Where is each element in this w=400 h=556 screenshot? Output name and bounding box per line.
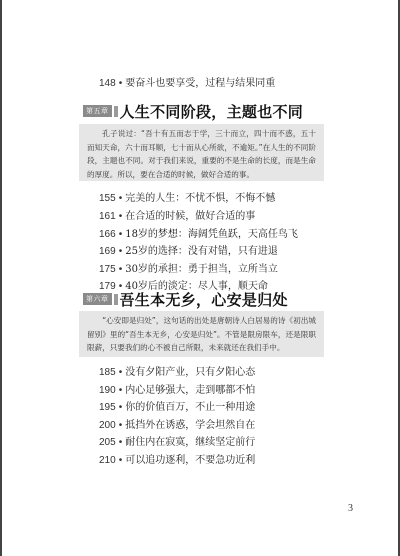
- toc-entry-title: 抵挡外在诱惑，学会坦然自在: [125, 420, 255, 431]
- bullet-icon: •: [119, 455, 123, 466]
- toc-page-number: 195: [99, 402, 116, 413]
- toc-page-number: 148: [99, 78, 116, 89]
- chapter-intro: “心安即是归处”，这句话的出处是唐朝诗人白居易的诗《初出城留别》里的“吾生本无乡…: [79, 311, 324, 357]
- bullet-icon: •: [119, 264, 123, 275]
- toc-page-number: 200: [99, 420, 116, 431]
- chapter-number-tag: 第五章: [83, 105, 112, 117]
- toc-entry-title: 没有夕阳产业，只有夕阳心态: [125, 367, 255, 378]
- toc-entry[interactable]: 205•耐住内在寂寞，继续坚定前行: [99, 436, 255, 450]
- toc-entry[interactable]: 175•30岁的承担：勇于担当，立所当立: [99, 263, 278, 277]
- toc-page-number: 169: [99, 246, 116, 257]
- bullet-icon: •: [119, 78, 123, 89]
- toc-page-number: 166: [99, 229, 116, 240]
- bullet-icon: •: [119, 246, 123, 257]
- toc-entry-title: 完美的人生：不忧不惧，不悔不憾: [125, 193, 275, 204]
- toc-page-number: 210: [99, 455, 116, 466]
- chapter-bar-icon: [114, 294, 118, 305]
- toc-entry[interactable]: 190•内心足够强大，走到哪都不怕: [99, 384, 255, 398]
- bullet-icon: •: [119, 193, 123, 204]
- toc-entry[interactable]: 195•你的价值百万，不止一种用途: [99, 401, 255, 415]
- toc-entry[interactable]: 185•没有夕阳产业，只有夕阳心态: [99, 366, 255, 380]
- chapter-title: 人生不同阶段，主题也不同: [120, 101, 304, 122]
- toc-entry[interactable]: 169•25岁的选择：没有对错，只有进退: [99, 245, 278, 259]
- bullet-icon: •: [119, 437, 123, 448]
- toc-entry-title: 在合适的时候，做好合适的事: [125, 211, 255, 222]
- toc-page-number: 190: [99, 385, 116, 396]
- toc-entry[interactable]: 200•抵挡外在诱惑，学会坦然自在: [99, 419, 255, 433]
- toc-entry-title: 内心足够强大，走到哪都不怕: [125, 385, 255, 396]
- bullet-icon: •: [119, 211, 123, 222]
- page-number: 3: [348, 503, 353, 514]
- bullet-icon: •: [119, 367, 123, 378]
- toc-entry[interactable]: 148•要奋斗也要享受，过程与结果同重: [99, 77, 275, 91]
- bullet-icon: •: [119, 385, 123, 396]
- toc-entry-title: 要奋斗也要享受，过程与结果同重: [125, 78, 275, 89]
- toc-entry-title: 耐住内在寂寞，继续坚定前行: [125, 437, 255, 448]
- toc-entry[interactable]: 166•18岁的梦想：海阔凭鱼跃，天高任鸟飞: [99, 228, 298, 242]
- toc-page-number: 155: [99, 193, 116, 204]
- chapter-heading[interactable]: 第六章 吾生本无乡，心安是归处: [83, 289, 288, 309]
- chapter-heading[interactable]: 第五章 人生不同阶段，主题也不同: [83, 101, 303, 121]
- document-page: 148•要奋斗也要享受，过程与结果同重 第五章 人生不同阶段，主题也不同 孔子说…: [0, 0, 400, 556]
- toc-page-number: 161: [99, 211, 116, 222]
- bullet-icon: •: [119, 402, 123, 413]
- toc-page-number: 175: [99, 264, 116, 275]
- bullet-icon: •: [119, 229, 123, 240]
- toc-entry-title: 25岁的选择：没有对错，只有进退: [125, 246, 278, 257]
- toc-page-number: 205: [99, 437, 116, 448]
- chapter-bar-icon: [114, 106, 118, 117]
- toc-entry[interactable]: 161•在合适的时候，做好合适的事: [99, 210, 255, 224]
- chapter-number-tag: 第六章: [83, 293, 112, 305]
- toc-page-number: 185: [99, 367, 116, 378]
- toc-entry-title: 你的价值百万，不止一种用途: [125, 402, 255, 413]
- toc-entry[interactable]: 210•可以追功逐利，不要急功近利: [99, 454, 255, 468]
- bullet-icon: •: [119, 420, 123, 431]
- chapter-title: 吾生本无乡，心安是归处: [120, 289, 288, 310]
- toc-entry[interactable]: 155•完美的人生：不忧不惧，不悔不憾: [99, 192, 275, 206]
- toc-entry-title: 30岁的承担：勇于担当，立所当立: [125, 264, 278, 275]
- toc-entry-title: 可以追功逐利，不要急功近利: [125, 455, 255, 466]
- chapter-intro: 孔子说过：“吾十有五而志于学，三十而立，四十而不惑，五十而知天命，六十而耳顺，七…: [79, 124, 324, 181]
- toc-entry-title: 18岁的梦想：海阔凭鱼跃，天高任鸟飞: [125, 229, 298, 240]
